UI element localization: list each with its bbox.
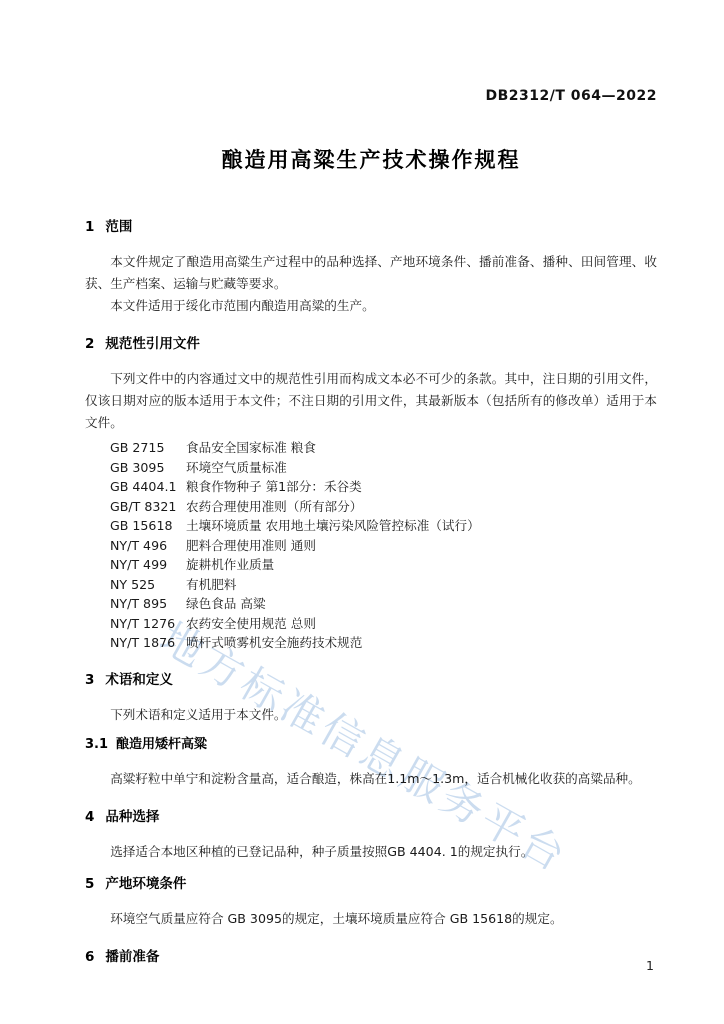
section-3-1-number: 3.1 <box>85 737 108 752</box>
reference-name: 粮食作物种子 第1部分：禾谷类 <box>186 479 362 494</box>
section-3-title: 术语和定义 <box>105 672 173 688</box>
section-1-heading: 1范围 <box>85 218 657 237</box>
reference-code: NY/T 895 <box>110 594 186 614</box>
reference-name: 土壤环境质量 农用地土壤污染风险管控标准（试行） <box>186 518 480 533</box>
reference-code: NY/T 499 <box>110 555 186 575</box>
reference-item: GB 2715食品安全国家标准 粮食 <box>110 438 657 458</box>
reference-code: GB 4404.1 <box>110 477 186 497</box>
section-1-title: 范围 <box>105 219 132 235</box>
reference-name: 农药安全使用规范 总则 <box>186 616 316 631</box>
reference-item: NY/T 499旋耕机作业质量 <box>110 555 657 575</box>
reference-item: NY/T 1276农药安全使用规范 总则 <box>110 614 657 634</box>
section-3-1-definition: 高粱籽粒中单宁和淀粉含量高，适合酿造，株高在1.1m～1.3m，适合机械化收获的… <box>85 768 657 790</box>
reference-code: GB 15618 <box>110 516 186 536</box>
section-6-number: 6 <box>85 949 94 965</box>
section-3-1-heading: 3.1酿造用矮杆高粱 <box>85 736 657 754</box>
reference-name: 农药合理使用准则（所有部分） <box>186 499 362 514</box>
reference-name: 环境空气质量标准 <box>186 460 287 475</box>
section-3-number: 3 <box>85 672 94 688</box>
reference-code: GB 3095 <box>110 458 186 478</box>
section-2-paragraph-1: 下列文件中的内容通过文中的规范性引用而构成文本必不可少的条款。其中，注日期的引用… <box>85 368 657 434</box>
section-4-number: 4 <box>85 809 94 825</box>
reference-name: 肥料合理使用准则 通则 <box>186 538 316 553</box>
section-3-1-title: 酿造用矮杆高粱 <box>116 737 207 752</box>
document-page: 地方标准信息服务平台 DB2312/T 064—2022 酿造用高粱生产技术操作… <box>0 0 724 1024</box>
standard-doc-number: DB2312/T 064—2022 <box>85 88 657 104</box>
section-2-title: 规范性引用文件 <box>105 336 200 352</box>
section-5-heading: 5产地环境条件 <box>85 875 657 894</box>
reference-code: NY/T 496 <box>110 536 186 556</box>
section-2-heading: 2规范性引用文件 <box>85 335 657 354</box>
section-5-paragraph-1: 环境空气质量应符合 GB 3095的规定，土壤环境质量应符合 GB 15618的… <box>85 908 657 930</box>
reference-name: 绿色食品 高粱 <box>186 596 266 611</box>
reference-code: GB 2715 <box>110 438 186 458</box>
reference-item: NY/T 895绿色食品 高粱 <box>110 594 657 614</box>
section-4-paragraph-1: 选择适合本地区种植的已登记品种，种子质量按照GB 4404. 1的规定执行。 <box>85 841 657 863</box>
section-6-title: 播前准备 <box>105 949 159 965</box>
section-4-heading: 4品种选择 <box>85 808 657 827</box>
section-3-heading: 3术语和定义 <box>85 671 657 690</box>
reference-item: GB 4404.1粮食作物种子 第1部分：禾谷类 <box>110 477 657 497</box>
section-1-number: 1 <box>85 219 94 235</box>
reference-code: NY/T 1276 <box>110 614 186 634</box>
document-title: 酿造用高粱生产技术操作规程 <box>85 146 657 174</box>
reference-item: NY 525有机肥料 <box>110 575 657 595</box>
section-1-paragraph-1: 本文件规定了酿造用高粱生产过程中的品种选择、产地环境条件、播前准备、播种、田间管… <box>85 251 657 295</box>
reference-code: GB/T 8321 <box>110 497 186 517</box>
section-2-number: 2 <box>85 336 94 352</box>
reference-item: GB/T 8321农药合理使用准则（所有部分） <box>110 497 657 517</box>
reference-item: NY/T 1876喷杆式喷雾机安全施药技术规范 <box>110 633 657 653</box>
reference-name: 喷杆式喷雾机安全施药技术规范 <box>186 635 362 650</box>
section-3-paragraph-1: 下列术语和定义适用于本文件。 <box>85 704 657 726</box>
section-5-number: 5 <box>85 876 94 892</box>
reference-item: GB 15618土壤环境质量 农用地土壤污染风险管控标准（试行） <box>110 516 657 536</box>
normative-references-list: GB 2715食品安全国家标准 粮食 GB 3095环境空气质量标准 GB 44… <box>110 438 657 653</box>
section-5-title: 产地环境条件 <box>105 876 186 892</box>
reference-code: NY 525 <box>110 575 186 595</box>
section-1-paragraph-2: 本文件适用于绥化市范围内酿造用高粱的生产。 <box>85 295 657 317</box>
reference-name: 食品安全国家标准 粮食 <box>186 440 316 455</box>
reference-name: 旋耕机作业质量 <box>186 557 274 572</box>
section-6-heading: 6播前准备 <box>85 948 657 967</box>
reference-item: NY/T 496肥料合理使用准则 通则 <box>110 536 657 556</box>
reference-code: NY/T 1876 <box>110 633 186 653</box>
page-number: 1 <box>646 958 654 973</box>
reference-item: GB 3095环境空气质量标准 <box>110 458 657 478</box>
reference-name: 有机肥料 <box>186 577 236 592</box>
section-4-title: 品种选择 <box>105 809 159 825</box>
